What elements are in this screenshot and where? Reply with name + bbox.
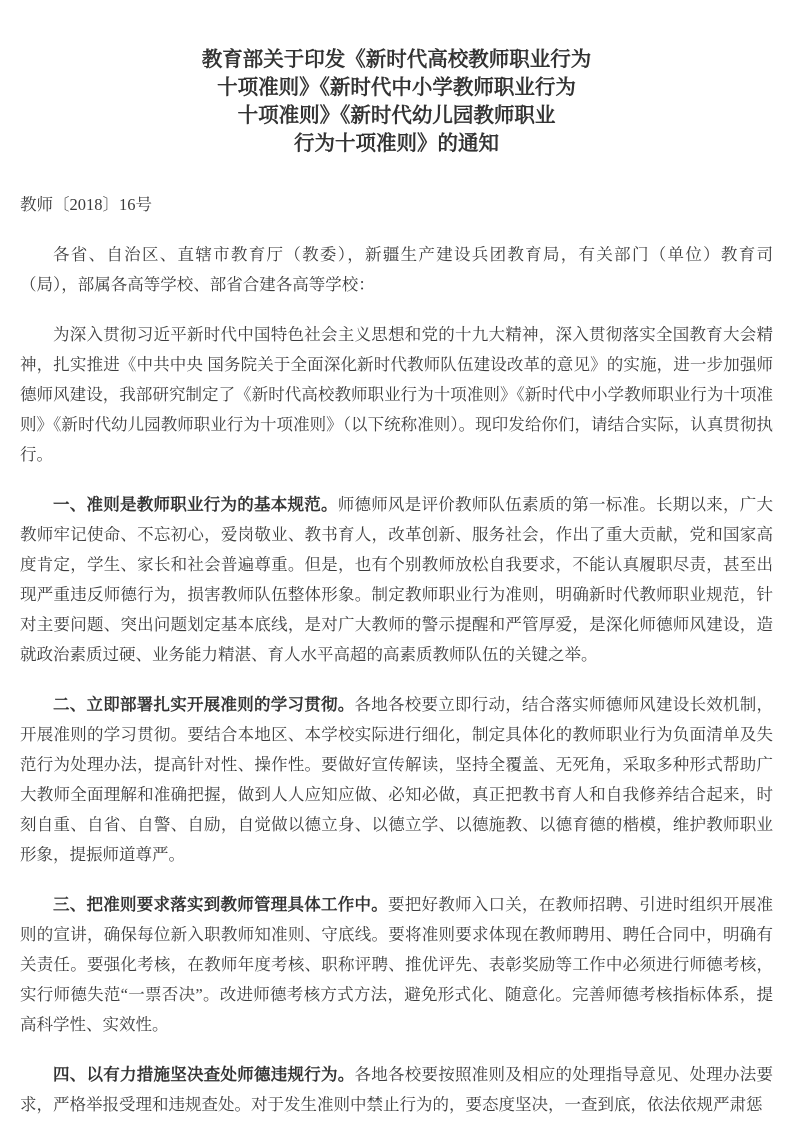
section-heading: 一、准则是教师职业行为的基本规范。 [53,495,338,514]
title-line: 十项准则》《新时代幼儿园教师职业 [20,102,773,130]
paragraph-section-2: 二、立即部署扎实开展准则的学习贯彻。各地各校要立即行动，结合落实师德师风建设长效… [20,690,773,870]
paragraph-text: 各地各校要立即行动，结合落实师德师风建设长效机制，开展准则的学习贯彻。要结合本地… [20,695,773,864]
paragraph-section-3: 三、把准则要求落实到教师管理具体工作中。要把好教师入口关，在教师招聘、引进时组织… [20,890,773,1040]
paragraph-section-4: 四、以有力措施坚决查处师德违规行为。各地各校要按照准则及相应的处理指导意见、处理… [20,1060,773,1120]
title-line: 行为十项准则》的通知 [20,130,773,158]
title-line: 教育部关于印发《新时代高校教师职业行为 [20,46,773,74]
paragraph-intro: 为深入贯彻习近平新时代中国特色社会主义思想和党的十九大精神，深入贯彻落实全国教育… [20,320,773,470]
document-page: 教育部关于印发《新时代高校教师职业行为 十项准则》《新时代中小学教师职业行为 十… [0,0,793,1122]
title-line: 十项准则》《新时代中小学教师职业行为 [20,74,773,102]
paragraph-text: 要把好教师入口关，在教师招聘、引进时组织开展准则的宣讲，确保每位新入职教师知准则… [20,895,773,1034]
document-title: 教育部关于印发《新时代高校教师职业行为 十项准则》《新时代中小学教师职业行为 十… [20,46,773,158]
paragraph-salutation: 各省、自治区、直辖市教育厅（教委），新疆生产建设兵团教育局，有关部门（单位）教育… [20,240,773,300]
paragraph-text: 为深入贯彻习近平新时代中国特色社会主义思想和党的十九大精神，深入贯彻落实全国教育… [20,325,773,464]
doc-number: 教师〔2018〕16号 [20,190,773,220]
paragraph-section-1: 一、准则是教师职业行为的基本规范。师德师风是评价教师队伍素质的第一标准。长期以来… [20,490,773,670]
section-heading: 四、以有力措施坚决查处师德违规行为。 [53,1065,355,1084]
section-heading: 三、把准则要求落实到教师管理具体工作中。 [53,895,388,914]
section-heading: 二、立即部署扎实开展准则的学习贯彻。 [53,695,355,714]
paragraph-text: 师德师风是评价教师队伍素质的第一标准。长期以来，广大教师牢记使命、不忘初心，爱岗… [20,495,773,664]
paragraph-text: 各省、自治区、直辖市教育厅（教委），新疆生产建设兵团教育局，有关部门（单位）教育… [20,245,773,294]
